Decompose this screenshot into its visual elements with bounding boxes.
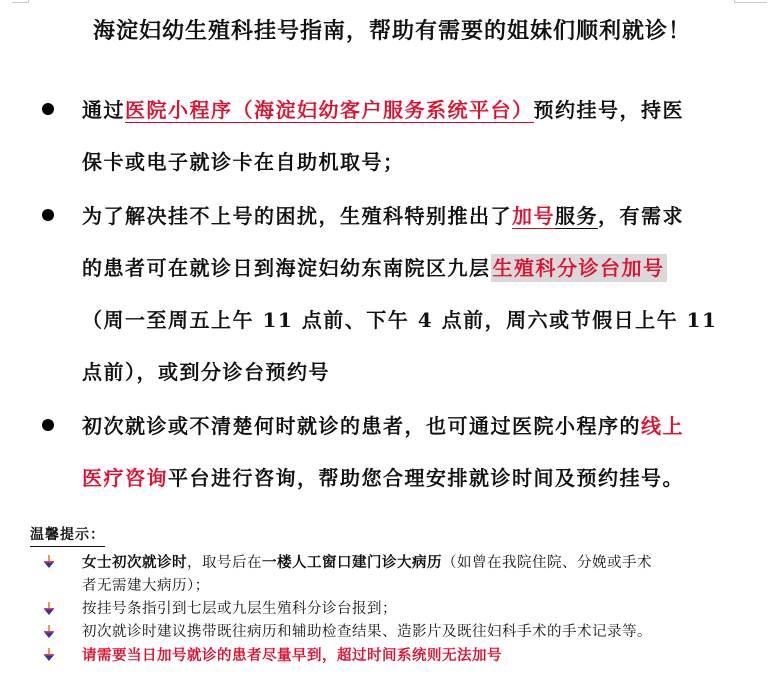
medical-consult-text: 医疗咨询 bbox=[82, 466, 168, 490]
tip-bold: 女士初次就诊时 bbox=[82, 554, 187, 571]
tip-text: （如曾在我院住院、分娩或手术 bbox=[442, 555, 652, 571]
page-title: 海淀妇幼生殖科挂号指南，帮助有需要的姐妹们顺利就诊！ bbox=[0, 14, 784, 45]
down-arrow-icon bbox=[42, 648, 56, 662]
tip-text: 按挂号条指引到七层或九层生殖科分诊台报到； bbox=[82, 601, 397, 617]
bullet-icon bbox=[42, 209, 54, 221]
extra-number-text: 加号 bbox=[512, 204, 555, 229]
down-arrow-icon bbox=[42, 625, 56, 639]
item-text: 预约挂号，持医 bbox=[534, 98, 685, 122]
tip-text: 者无需建大病历）； bbox=[82, 578, 210, 594]
item-text: ，有需求 bbox=[598, 204, 684, 228]
list-item-online-consult: 初次就诊或不清楚何时就诊的患者，也可通过医院小程序的线上 医疗咨询平台进行咨询，… bbox=[30, 400, 750, 504]
tip-item: 按挂号条指引到七层或九层生殖科分诊台报到； bbox=[30, 598, 760, 621]
main-list: 通过医院小程序（海淀妇幼客户服务系统平台）预约挂号，持医 保卡或电子就诊卡在自助… bbox=[30, 84, 750, 504]
tip-item-warning: 请需要当日加号就诊的患者尽量早到，超过时间系统则无法加号 bbox=[30, 644, 760, 667]
item-text: 点前），或到分诊台预约号 bbox=[82, 360, 330, 384]
mini-program-link[interactable]: 医院小程序（海淀妇幼客户服务系统平台） bbox=[125, 98, 534, 123]
tip-item: 初次就诊时建议携带既往病历和辅助检查结果、造影片及既往妇科手术的手术记录等。 bbox=[30, 621, 760, 644]
item-text: 为了解决挂不上号的困扰，生殖科特别推出了 bbox=[82, 204, 512, 228]
tip-text: 初次就诊时建议携带既往病历和辅助检查结果、造影片及既往妇科手术的手术记录等。 bbox=[82, 624, 652, 640]
online-text: 线上 bbox=[641, 414, 684, 438]
down-arrow-icon bbox=[42, 602, 56, 616]
tip-text: ，取号后在 bbox=[187, 555, 262, 571]
tips-section: 温馨提示： 女士初次就诊时，取号后在一楼人工窗口建门诊大病历（如曾在我院住院、分… bbox=[30, 524, 760, 667]
item-text: 的患者可在就诊日到海淀妇幼东南院区九层 bbox=[82, 256, 491, 280]
tips-heading: 温馨提示： bbox=[30, 524, 105, 547]
down-arrow-icon bbox=[42, 555, 56, 569]
bullet-icon bbox=[42, 103, 54, 115]
crop-mark-top-left bbox=[12, 0, 29, 3]
crop-mark-top-right bbox=[734, 0, 767, 3]
tip-text: 请需要当日加号就诊的患者尽量早到，超过时间系统则无法加号 bbox=[82, 647, 502, 664]
list-item-extra-registration: 为了解决挂不上号的困扰，生殖科特别推出了加号服务，有需求 的患者可在就诊日到海淀… bbox=[30, 190, 750, 398]
item-text: 通过 bbox=[82, 98, 125, 122]
list-item-mini-program: 通过医院小程序（海淀妇幼客户服务系统平台）预约挂号，持医 保卡或电子就诊卡在自助… bbox=[30, 84, 750, 188]
item-text: 平台进行咨询，帮助您合理安排就诊时间及预约挂号。 bbox=[168, 466, 684, 490]
item-text: 初次就诊或不清楚何时就诊的患者，也可通过医院小程序的 bbox=[82, 414, 641, 438]
service-text: 服务 bbox=[555, 204, 598, 229]
triage-desk-highlight: 生殖科分诊台加号 bbox=[491, 254, 667, 282]
tip-item: 女士初次就诊时，取号后在一楼人工窗口建门诊大病历（如曾在我院住院、分娩或手术 者… bbox=[30, 551, 760, 598]
tip-bold: 一楼人工窗口建门诊大病历 bbox=[262, 554, 442, 571]
item-text: （周一至周五上午 11 点前、下午 4 点前，周六或节假日上午 11 bbox=[82, 308, 717, 332]
bullet-icon bbox=[42, 419, 54, 431]
item-text: 保卡或电子就诊卡在自助机取号； bbox=[82, 150, 405, 174]
